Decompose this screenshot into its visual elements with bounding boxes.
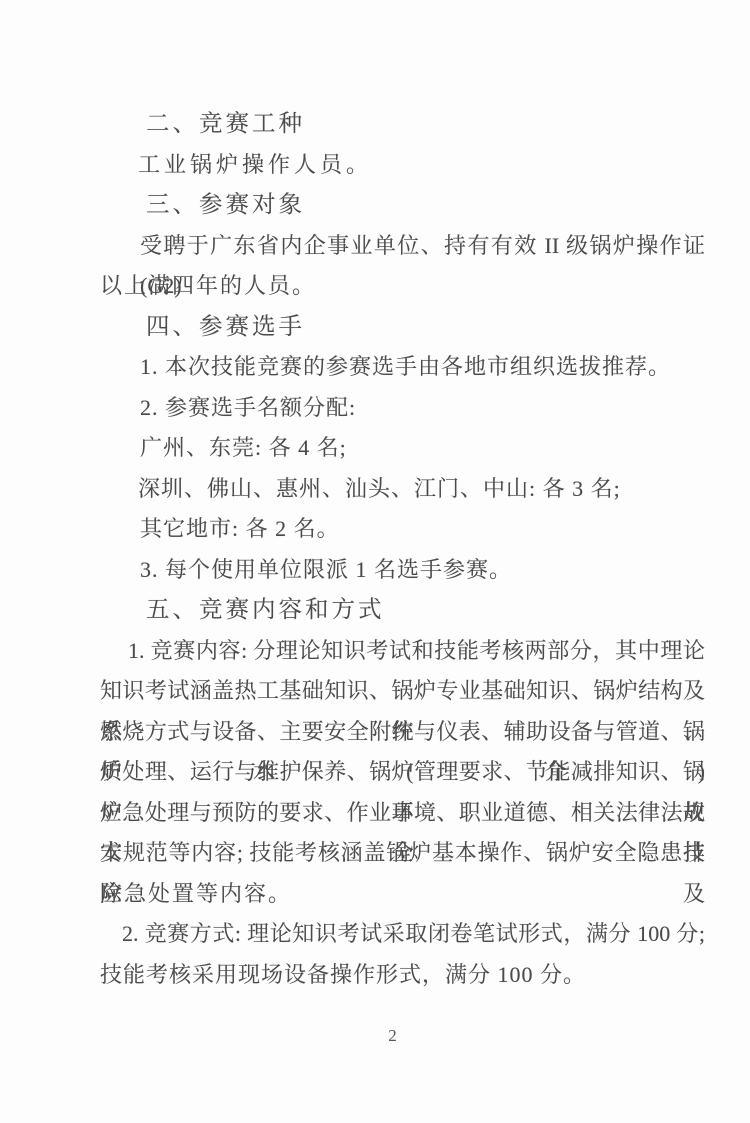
body-line: 知识考试涵盖热工基础知识、锅炉专业基础知识、锅炉结构及系统、 (100, 671, 705, 712)
section-heading-participants: 三、参赛对象 (100, 185, 705, 226)
document-page: 二、竞赛工种 工业锅炉操作人员。 三、参赛对象 受聘于广东省内企事业单位、持有有… (0, 0, 750, 1123)
body-line: 以上满四年的人员。 (100, 266, 705, 307)
quota-line-six-cities: 深圳、佛山、惠州、汕头、江门、中山: 各 3 名; (100, 469, 705, 510)
document-body: 二、竞赛工种 工业锅炉操作人员。 三、参赛对象 受聘于广东省内企事业单位、持有有… (100, 104, 705, 995)
section-heading-competition-trade: 二、竞赛工种 (100, 104, 705, 145)
list-item: 1. 本次技能竞赛的参赛选手由各地市组织选拔推荐。 (100, 347, 705, 388)
body-line: 燃烧方式与设备、主要安全附件与仪表、辅助设备与管道、锅炉水(介) (100, 712, 705, 753)
list-item: 3. 每个使用单位限派 1 名选手参赛。 (100, 550, 705, 591)
body-line: 1. 竞赛内容: 分理论知识考试和技能考核两部分，其中理论 (100, 631, 705, 672)
quota-line-guangzhou-dongguan: 广州、东莞: 各 4 名; (100, 428, 705, 469)
body-line: 质处理、运行与维护保养、锅炉管理要求、节能减排知识、锅炉事故 (100, 752, 705, 793)
body-line: 2. 竞赛方式: 理论知识考试采取闭卷笔试形式，满分 100 分; (100, 914, 705, 955)
section-heading-content-and-method: 五、竞赛内容和方式 (100, 590, 705, 631)
section-heading-contestants: 四、参赛选手 (100, 307, 705, 348)
body-line: 应急处理与预防的要求、作业环境、职业道德、相关法律法规安全技 (100, 793, 705, 834)
body-line: 受聘于广东省内企事业单位、持有有效 II 级锅炉操作证(G2) (100, 226, 705, 267)
body-line: 技能考核采用现场设备操作形式，满分 100 分。 (100, 955, 705, 996)
page-number: 2 (90, 1026, 695, 1046)
body-line: 术规范等内容; 技能考核涵盖锅炉基本操作、锅炉安全隐患排除及 (100, 833, 705, 874)
quota-line-other-cities: 其它地市: 各 2 名。 (100, 509, 705, 550)
body-line: 工业锅炉操作人员。 (100, 145, 705, 186)
list-item: 2. 参赛选手名额分配: (100, 388, 705, 429)
